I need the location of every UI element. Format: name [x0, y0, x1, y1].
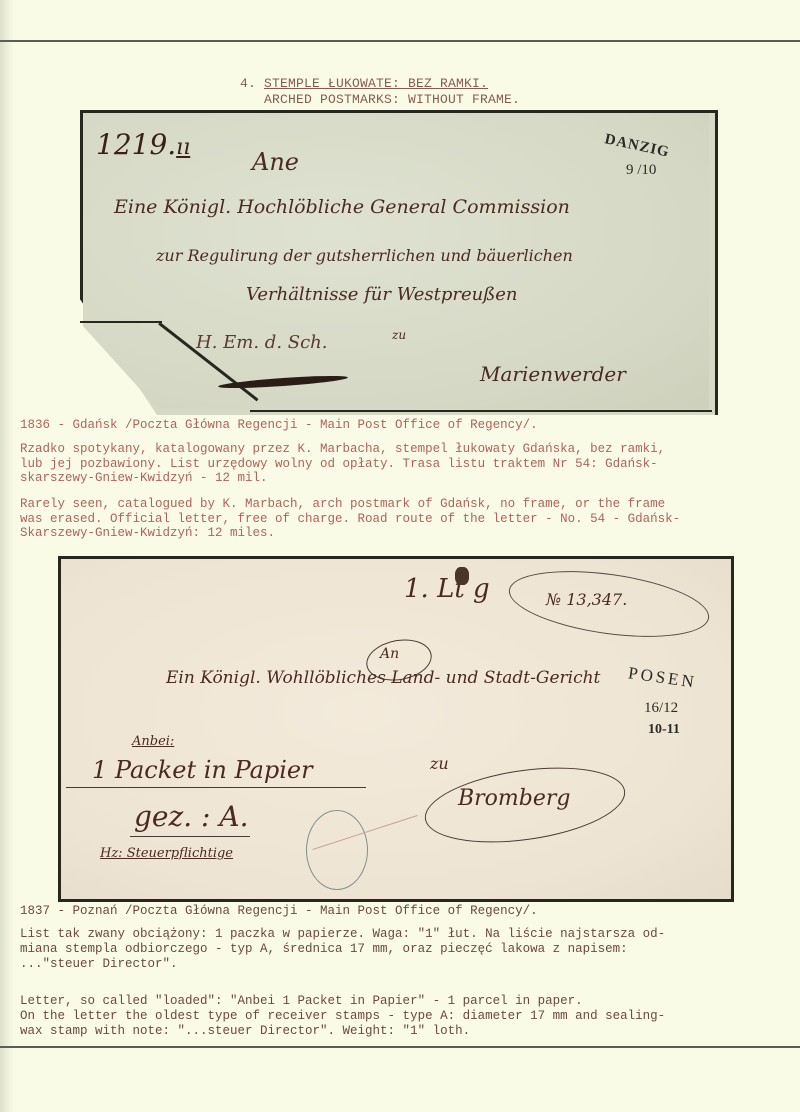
caption-2-en-line-2: On the letter the oldest type of receive… [20, 1009, 665, 1024]
danzig-postmark-date: 9 /10 [626, 162, 656, 179]
caption-1-en-line-1: Rarely seen, catalogued by K. Marbach, a… [20, 497, 665, 512]
ink-blot [455, 567, 469, 585]
caption-2-heading: 1837 - Poznań /Poczta Główna Regencji - … [20, 904, 538, 919]
address-line: Ein Königl. Wohllöbliches Land- und Stad… [166, 668, 600, 688]
address-line-1: Ane [252, 148, 299, 176]
address-line-2: Eine Königl. Hochlöbliche General Commis… [114, 196, 570, 218]
enclosure-note: Hz: Steuerpflichtige [100, 846, 233, 861]
caption-1-pl-line-3: skarszewy-Gniew-Kwidzyń - 12 mil. [20, 471, 268, 486]
caption-1-pl-line-2: lub jej pozbawiony. List urzędowy wolny … [20, 457, 658, 472]
sender-note: H. Em. d. Sch. [196, 332, 327, 353]
bottom-rule [0, 1046, 800, 1048]
address-line-4: Verhältnisse für Westpreußen [246, 284, 518, 305]
caption-2-pl-line-2: miana stempla odbiorczego - typ A, średn… [20, 942, 628, 957]
destination: Bromberg [458, 786, 571, 811]
section-title-pl: STEMPLE ŁUKOWATE: BEZ RAMKI. [264, 76, 488, 91]
section-number: 4. [240, 76, 264, 92]
enclosure-label: Anbei: [132, 734, 174, 749]
caption-2-pl-line-3: ..."steuer Director". [20, 957, 178, 972]
page-edge-shadow [0, 0, 14, 1112]
to-label: zu [430, 754, 449, 773]
register-number: № 13,347. [546, 590, 627, 609]
caption-2-en-line-1: Letter, so called "loaded": "Anbei 1 Pac… [20, 994, 583, 1009]
address-destination: Marienwerder [480, 362, 626, 386]
caption-1-heading: 1836 - Gdańsk /Poczta Główna Regencji - … [20, 418, 538, 433]
section-title-en: ARCHED POSTMARKS: WITHOUT FRAME. [240, 92, 520, 108]
caption-2-en-line-3: wax stamp with note: "...steuer Director… [20, 1024, 470, 1039]
posen-postmark-date: 16/12 [644, 700, 678, 717]
enclosure-mark: gez. : A. [134, 800, 249, 833]
address-line-5: zu [392, 328, 406, 342]
enclosure-underline [66, 787, 366, 788]
enclosure-line: 1 Packet in Papier [92, 756, 313, 784]
weight-mark: 1. Lt g [404, 574, 490, 604]
caption-2-pl-line-1: List tak zwany obciążony: 1 paczka w pap… [20, 927, 665, 942]
mark-underline [130, 836, 250, 837]
prefix-an: An [380, 646, 399, 662]
top-rule [0, 40, 800, 42]
caption-1-en-line-3: Skarszewy-Gniew-Kwidzyń: 12 miles. [20, 526, 275, 541]
docket-number: 1219.ıı [96, 128, 190, 161]
section-heading: 4.STEMPLE ŁUKOWATE: BEZ RAMKI. ARCHED PO… [240, 76, 520, 108]
receiver-stamp-oval [306, 810, 368, 890]
caption-1-en-line-2: was erased. Official letter, free of cha… [20, 512, 680, 527]
letter-1-cut-edge [80, 321, 162, 323]
address-line-3: zur Regulirung der gutsherrlichen und bä… [156, 246, 573, 265]
caption-1-pl-line-1: Rzadko spotykany, katalogowany przez K. … [20, 442, 665, 457]
letter-1-bottom-edge [250, 410, 712, 412]
posen-postmark-time: 10-11 [648, 722, 680, 738]
